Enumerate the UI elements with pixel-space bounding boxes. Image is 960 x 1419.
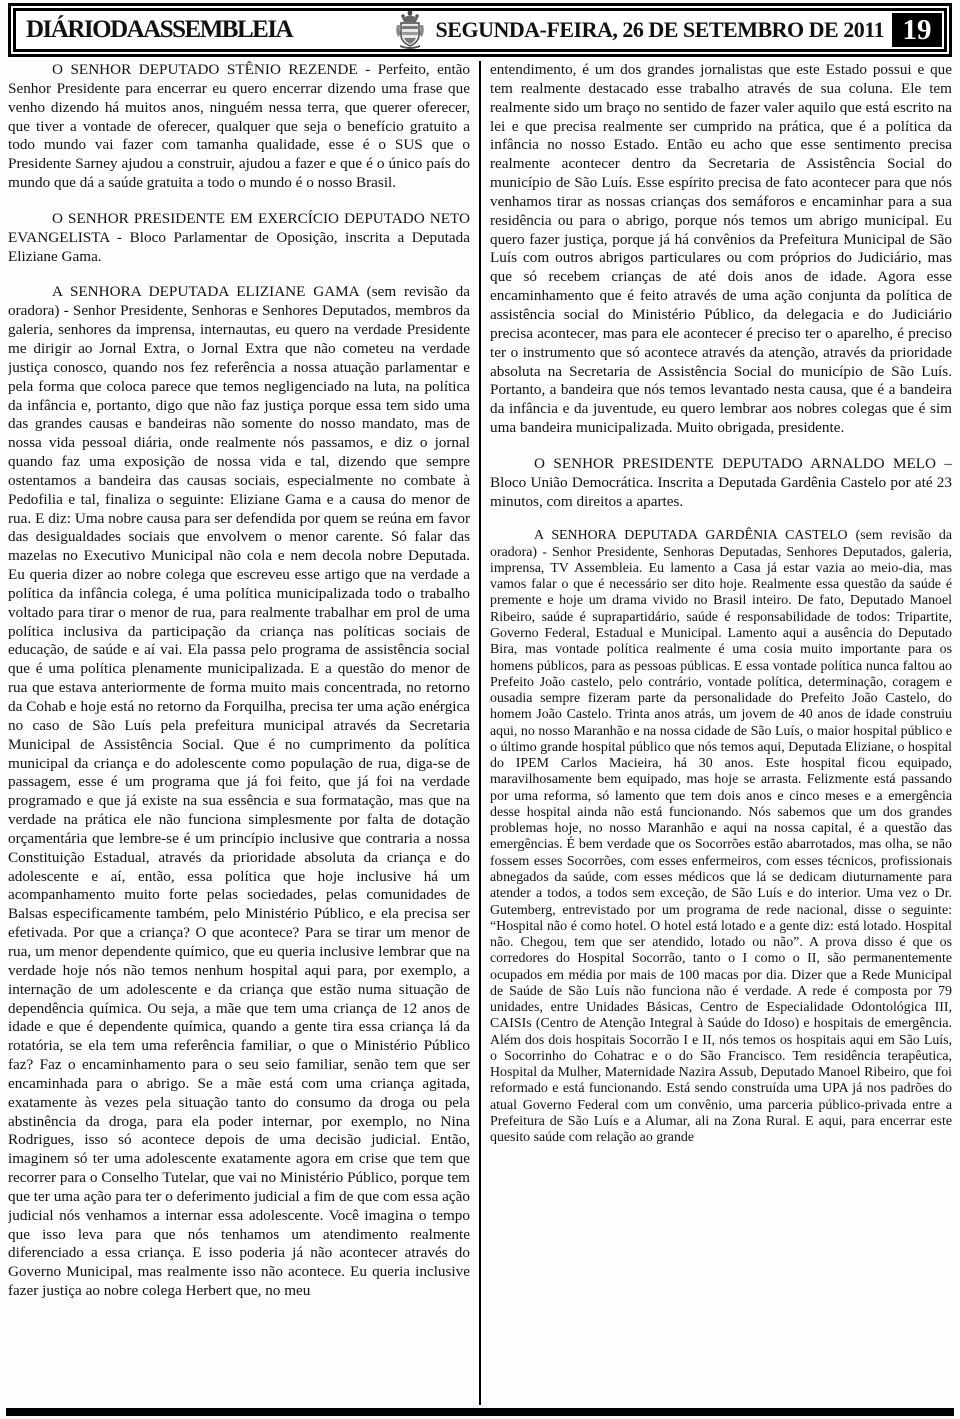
right-column: entendimento, é um dos grandes jornalist… xyxy=(479,61,952,1405)
speech-stenio-rezende: O SENHOR DEPUTADO STÊNIO REZENDE - Perfe… xyxy=(8,61,470,193)
gazette-page: DIÁRIODAASSEMBLEIA xyxy=(0,0,960,1419)
speech-gardenia-castelo: A SENHORA DEPUTADA GARDÊNIA CASTELO (sem… xyxy=(490,528,952,1146)
page-header: DIÁRIODAASSEMBLEIA xyxy=(8,3,952,57)
edition-date: SEGUNDA-FEIRA, 26 DE SETEMBRO DE 2011 xyxy=(436,17,884,43)
speech-eliziane-gama: A SENHORA DEPUTADA ELIZIANE GAMA (sem re… xyxy=(8,283,470,1301)
page-header-band: DIÁRIODAASSEMBLEIA xyxy=(13,8,947,52)
speech-eliziane-gama-continuation: entendimento, é um dos grandes jornalist… xyxy=(490,61,952,438)
coat-of-arms-icon xyxy=(394,9,426,54)
document-body: O SENHOR DEPUTADO STÊNIO REZENDE - Perfe… xyxy=(8,61,952,1405)
gazette-title: DIÁRIODAASSEMBLEIA xyxy=(26,16,292,44)
announcement-arnaldo-melo: O SENHOR PRESIDENTE DEPUTADO ARNALDO MEL… xyxy=(490,455,952,512)
announcement-neto-evangelista: O SENHOR PRESIDENTE EM EXERCÍCIO DEPUTAD… xyxy=(8,210,470,267)
bottom-rule xyxy=(6,1408,954,1416)
page-number-badge: 19 xyxy=(890,11,944,49)
left-column: O SENHOR DEPUTADO STÊNIO REZENDE - Perfe… xyxy=(8,61,479,1405)
